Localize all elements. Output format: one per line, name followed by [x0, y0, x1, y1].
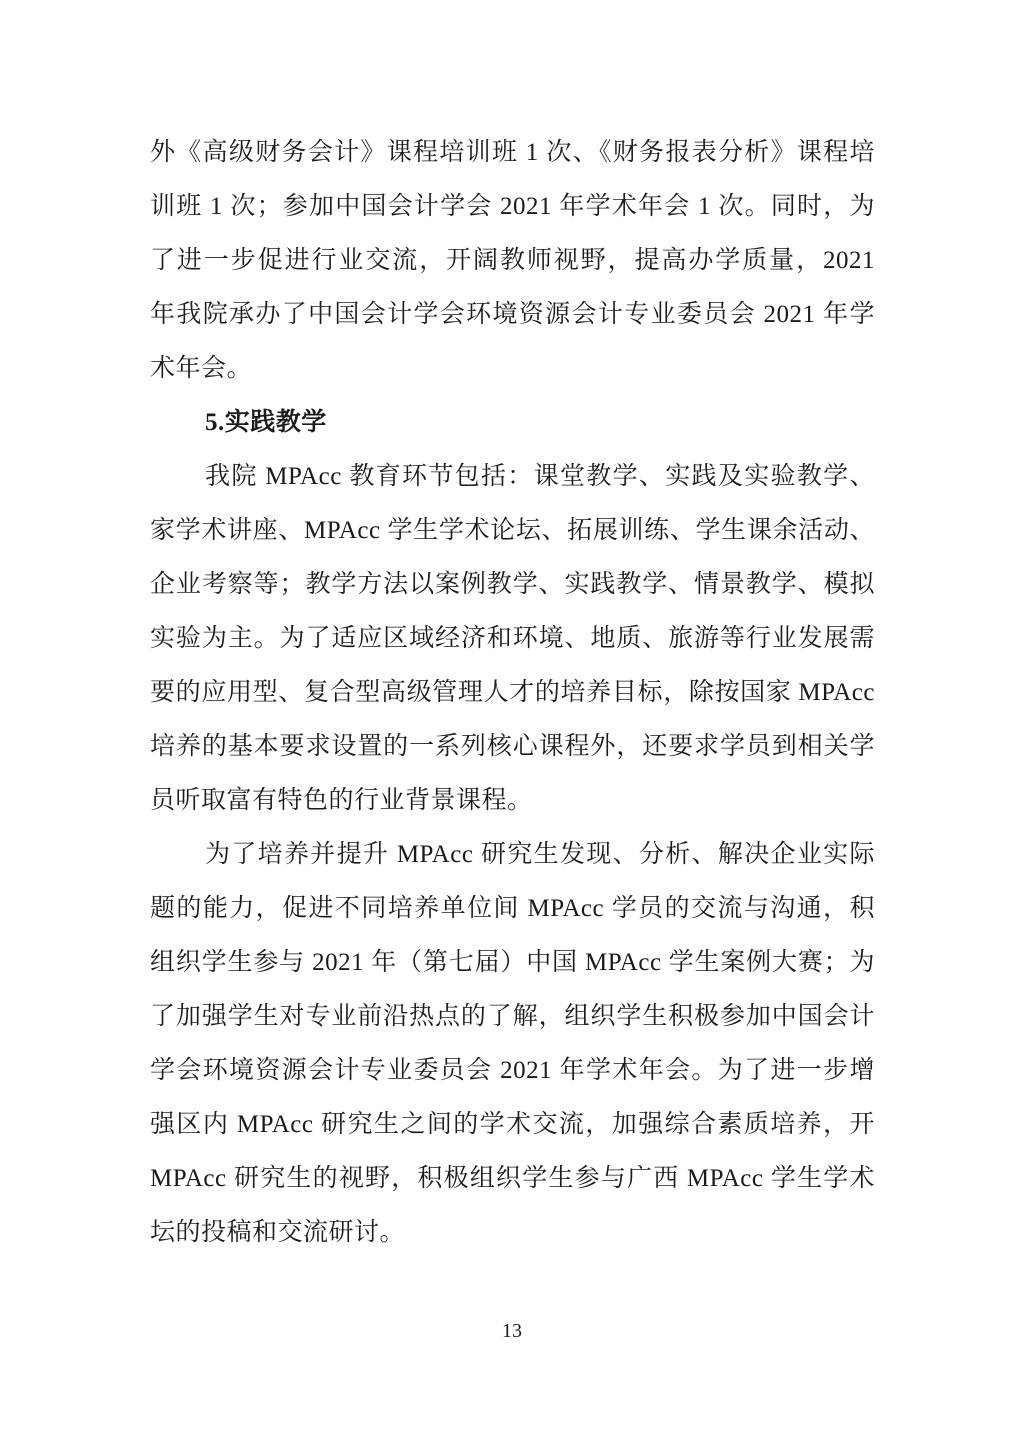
document-line: 坛的投稿和交流研讨。 — [150, 1206, 875, 1260]
document-line: 我院 MPAcc 教育环节包括：课堂教学、实践及实验教学、专 — [150, 450, 875, 504]
document-line: 家学术讲座、MPAcc 学生学术论坛、拓展训练、学生课余活动、 — [150, 504, 875, 558]
document-line: 术年会。 — [150, 342, 875, 396]
document-line: 了加强学生对专业前沿热点的了解，组织学生积极参加中国会计 — [150, 990, 875, 1044]
document-line: 题的能力，促进不同培养单位间 MPAcc 学员的交流与沟通，积极 — [150, 882, 875, 936]
document-line: MPAcc 研究生的视野，积极组织学生参与广西 MPAcc 学生学术论 — [150, 1152, 875, 1206]
document-line: 强区内 MPAcc 研究生之间的学术交流，加强综合素质培养，开拓 — [150, 1098, 875, 1152]
document-line: 为了培养并提升 MPAcc 研究生发现、分析、解决企业实际问 — [150, 828, 875, 882]
document-body: 外《高级财务会计》课程培训班 1 次、《财务报表分析》课程培训班 1 次；参加中… — [150, 126, 875, 1260]
document-line: 要的应用型、复合型高级管理人才的培养目标，除按国家 MPAcc — [150, 666, 875, 720]
document-page: 外《高级财务会计》课程培训班 1 次、《财务报表分析》课程培训班 1 次；参加中… — [0, 0, 1024, 1448]
page-number: 13 — [0, 1318, 1024, 1344]
document-line: 实验为主。为了适应区域经济和环境、地质、旅游等行业发展需 — [150, 612, 875, 666]
document-line: 年我院承办了中国会计学会环境资源会计专业委员会 2021 年学 — [150, 288, 875, 342]
document-line: 了进一步促进行业交流，开阔教师视野，提高办学质量，2021 — [150, 234, 875, 288]
document-line: 训班 1 次；参加中国会计学会 2021 年学术年会 1 次。同时，为 — [150, 180, 875, 234]
document-line: 企业考察等；教学方法以案例教学、实践教学、情景教学、模拟 — [150, 558, 875, 612]
document-line: 学会环境资源会计专业委员会 2021 年学术年会。为了进一步增 — [150, 1044, 875, 1098]
document-line: 员听取富有特色的行业背景课程。 — [150, 774, 875, 828]
document-line: 外《高级财务会计》课程培训班 1 次、《财务报表分析》课程培 — [150, 126, 875, 180]
section-heading: 5.实践教学 — [150, 396, 875, 450]
document-line: 培养的基本要求设置的一系列核心课程外，还要求学员到相关学 — [150, 720, 875, 774]
document-line: 组织学生参与 2021 年（第七届）中国 MPAcc 学生案例大赛；为 — [150, 936, 875, 990]
